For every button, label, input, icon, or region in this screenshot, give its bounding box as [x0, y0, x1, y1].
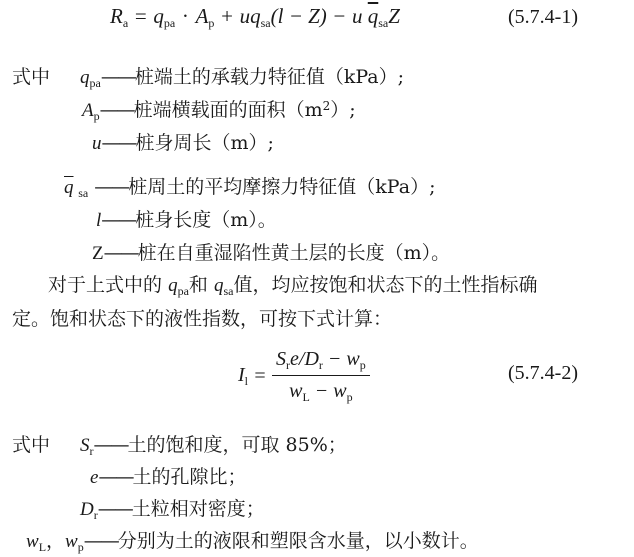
- eq2-denominator: wL − wp: [272, 376, 370, 405]
- eq1-lhs: Ra: [110, 4, 128, 28]
- eq1-dot: ·: [182, 4, 189, 28]
- definition-text: 桩身长度（m）。: [135, 209, 277, 231]
- eq1-plus: +: [221, 4, 233, 28]
- eq2-lhs: Il: [238, 364, 248, 386]
- eq1-equals: =: [135, 4, 147, 28]
- eq1-term-uqsa: uqsa(l − Z): [240, 4, 327, 28]
- definition-text: 桩周土的平均摩擦力特征值（kPa）;: [128, 176, 435, 198]
- definition-ap: Ap——桩端横载面的面积（m2）;: [82, 95, 356, 124]
- paragraph-line-1: 对于上式中的 qpa和 qsa值，均应按饱和状态下的土性指标确: [48, 270, 537, 299]
- definition-z: Z——桩在自重湿陷性黄土层的长度（m）。: [92, 238, 450, 265]
- eq1-term-ap: Ap: [196, 4, 215, 28]
- definition-qsa-bar: q sa ——桩周土的平均摩擦力特征值（kPa）;: [64, 172, 435, 201]
- equation-5-7-4-2: Il = Sre/Dr − wp wL − wp: [238, 348, 370, 405]
- definition-text: 土粒相对密度；: [132, 498, 265, 520]
- equation-5-7-4-1: Ra = qpa · Ap + uqsa(l − Z) − u qsaZ: [110, 4, 400, 31]
- eq2-numerator: Sre/Dr − wp: [272, 348, 370, 376]
- symbol: qpa: [80, 67, 101, 88]
- definition-text: 桩在自重湿陷性黄土层的长度（m）。: [138, 242, 451, 264]
- eq1-term-qpa: qpa: [153, 4, 175, 28]
- definition-text: 桩身周长（m）;: [136, 132, 274, 154]
- eq1-term-uqsaz: u qsaZ: [352, 4, 400, 28]
- definition-text: 土的孔隙比；: [132, 466, 246, 488]
- eq1-minus: −: [333, 4, 345, 28]
- equation-number-1: (5.7.4-1): [508, 6, 578, 29]
- symbol: wL: [26, 531, 46, 552]
- definition-wl-wp: wL，wp——分别为土的液限和塑限含水量，以小数计。: [26, 526, 479, 555]
- symbol: Sr: [80, 435, 94, 456]
- definition-dr: Dr——土粒相对密度；: [80, 494, 265, 523]
- definition-u: u——桩身周长（m）;: [92, 128, 274, 155]
- definition-text: 分别为土的液限和塑限含水量，以小数计。: [118, 530, 479, 552]
- symbol: Ap: [82, 100, 100, 121]
- definition-e: e——土的孔隙比；: [90, 462, 246, 489]
- definition-text: 桩端横载面的面积（m: [134, 99, 323, 121]
- equation-number-2: (5.7.4-2): [508, 362, 578, 385]
- symbol: Dr: [80, 499, 98, 520]
- definition-sr: Sr——土的饱和度，可取 85%；: [80, 430, 347, 459]
- eq2-fraction: Sre/Dr − wp wL − wp: [272, 348, 370, 405]
- definition-qpa: qpa——桩端土的承载力特征值（kPa）;: [80, 62, 404, 91]
- where-label-2: 式中: [12, 430, 50, 457]
- symbol: Z: [92, 243, 104, 264]
- where-label-1: 式中: [12, 62, 50, 89]
- eq2-equals: =: [254, 365, 265, 387]
- symbol: q sa: [64, 177, 88, 198]
- definition-text: 桩端土的承载力特征值（kPa）;: [135, 66, 404, 88]
- definition-l: l——桩身长度（m）。: [96, 205, 277, 232]
- definition-text: 土的饱和度，可取 85%；: [128, 434, 347, 456]
- paragraph-line-2: 定。饱和状态下的液性指数，可按下式计算：: [12, 304, 392, 331]
- symbol: u: [92, 133, 102, 154]
